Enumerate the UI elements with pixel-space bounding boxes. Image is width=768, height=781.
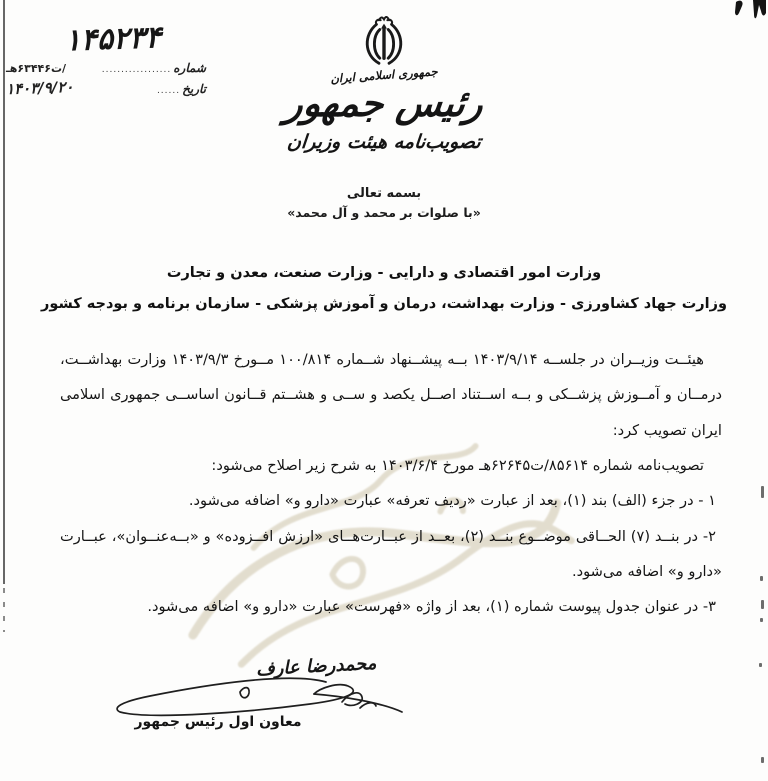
- letterhead: جمهوری اسلامی ایران رئیس جمهور تصویب‌نام…: [254, 14, 514, 153]
- addressee-line: وزارت امور اقتصادی و دارایی - وزارت صنعت…: [0, 258, 768, 289]
- scanned-government-letter: { "page": { "background": "#fdfdfc", "in…: [0, 0, 768, 781]
- registration-stamp: ۱۴۵۲۳۴ شماره .................. /ت۶۳۴۴۶ه…: [6, 22, 206, 97]
- stamp-number-row: شماره .................. /ت۶۳۴۴۶هـ: [6, 61, 206, 75]
- scan-artifact: [759, 663, 762, 667]
- scan-artifact: [760, 618, 763, 622]
- scan-artifact: [761, 486, 764, 498]
- scan-artifact: [761, 600, 764, 609]
- stamp-number-label: شماره: [173, 61, 206, 75]
- iran-national-emblem-icon: [357, 14, 411, 72]
- handwritten-date: ۱۴۰۳/۹/۲۰: [6, 78, 74, 98]
- handwritten-registration-number: ۱۴۵۲۳۴: [5, 19, 206, 61]
- dotted-line: ..................: [66, 65, 173, 75]
- signature-block: محمدرضا عارف معاون اول رئیس جمهور: [90, 648, 410, 763]
- decree-subject-line: تصویب‌نامه شماره ۸۵۶۱۴/ت۶۲۶۴۵هـ مورخ ۱۴۰…: [60, 448, 722, 483]
- office-title-calligraphy: رئیس جمهور: [252, 84, 516, 125]
- signer-title: معاون اول رئیس جمهور: [118, 714, 318, 730]
- corner-ink-blot: [724, 0, 768, 34]
- invocation: بسمه تعالی «با صلوات بر محمد و آل محمد»: [0, 186, 768, 220]
- decree-item-3: ۳- در عنوان جدول پیوست شماره (۱)، بعد از…: [60, 589, 722, 624]
- salutation-line: «با صلوات بر محمد و آل محمد»: [0, 205, 768, 220]
- stamp-number-suffix: /ت۶۳۴۴۶هـ: [6, 62, 66, 75]
- decree-item-2: ۲- در بنــد (۷) الحــاقی موضــوع بنــد (…: [60, 519, 722, 590]
- besmellah-line: بسمه تعالی: [0, 186, 768, 201]
- decree-item-1: ۱ - در جزء (الف) بند (۱)، بعد از عبارت «…: [60, 483, 722, 518]
- addressee-line: وزارت جهاد کشاورزی - وزارت بهداشت، درمان…: [0, 289, 768, 320]
- stamp-date-row: تاریخ ...... ۱۴۰۳/۹/۲۰: [6, 79, 206, 97]
- document-type-title: تصویب‌نامه هیئت وزیران: [253, 131, 515, 153]
- decree-intro-paragraph: هیئــت وزیــران در جلســه ۱۴۰۳/۹/۱۴ بــه…: [60, 342, 722, 448]
- dotted-line: ......: [73, 86, 182, 96]
- scan-artifact: [760, 576, 763, 581]
- addressee-block: وزارت امور اقتصادی و دارایی - وزارت صنعت…: [0, 258, 768, 320]
- decree-body: هیئــت وزیــران در جلســه ۱۴۰۳/۹/۱۴ بــه…: [60, 342, 722, 625]
- stamp-date-label: تاریخ: [182, 82, 206, 96]
- scan-artifact: [761, 757, 764, 763]
- left-page-edge-dashes: [3, 588, 5, 632]
